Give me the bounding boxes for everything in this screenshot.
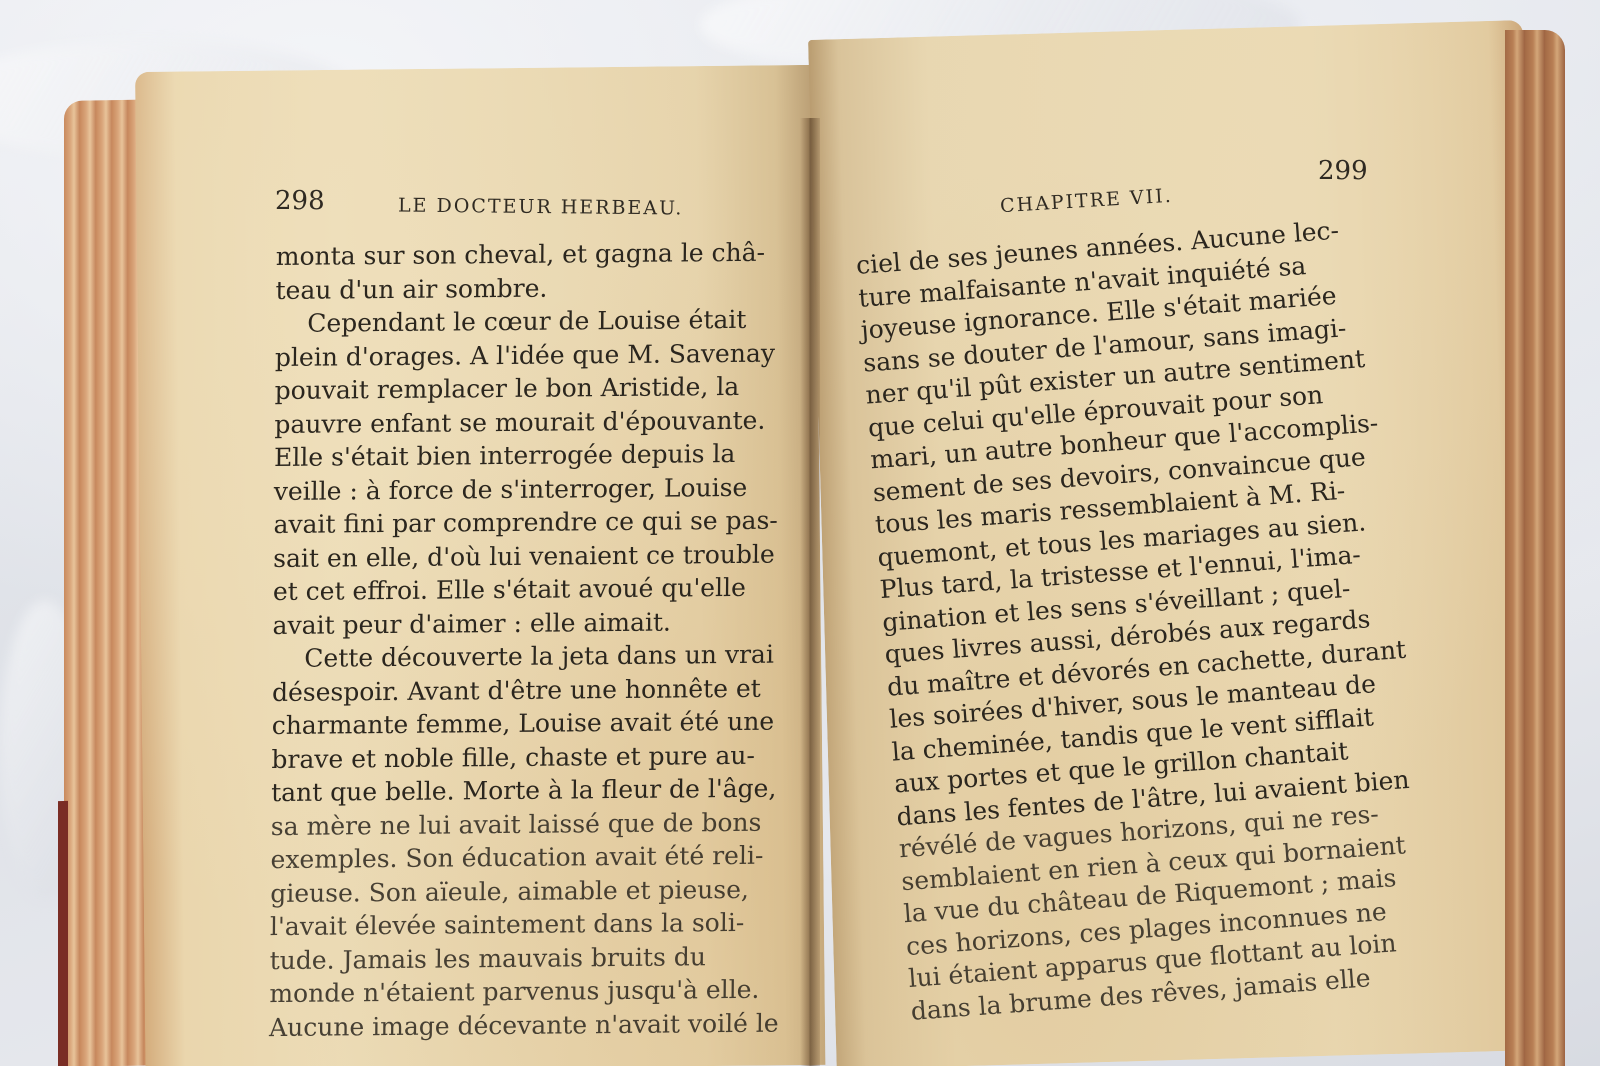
text-line: plein d'orages. A l'idée que M. Savenay xyxy=(275,336,785,374)
text-line: pouvait remplacer le bon Aristide, la xyxy=(275,370,785,408)
left-page-body: monta sur son cheval, et gagna le châ- t… xyxy=(269,236,786,1045)
text-line: Elle s'était bien interrogée depuis la xyxy=(274,437,784,475)
text-line: pauvre enfant se mourait d'épouvante. xyxy=(274,403,784,441)
text-line: avait fini par comprendre ce qui se pas- xyxy=(273,504,783,542)
text-line: veille : à force de s'interroger, Louise xyxy=(274,470,784,508)
text-line: charmante femme, Louise avait été une xyxy=(272,705,782,743)
right-page-number: 299 xyxy=(1318,156,1368,186)
text-line: avait peur d'aimer : elle aimait. xyxy=(272,604,782,642)
book-gutter xyxy=(800,118,820,1066)
text-line: Cette découverte la jeta dans un vrai xyxy=(272,638,782,676)
left-running-head: LE DOCTEUR HERBEAU. xyxy=(398,195,684,220)
text-line: monta sur son cheval, et gagna le châ- xyxy=(276,236,786,274)
text-line: teau d'un air sombre. xyxy=(275,269,785,307)
right-page-body: ciel de ses jeunes années. Aucune lec- t… xyxy=(855,212,1431,1028)
text-line: Cependant le cœur de Louise était xyxy=(275,303,785,341)
text-line: tant que belle. Morte à la fleur de l'âg… xyxy=(271,772,781,810)
text-line: désespoir. Avant d'être une honnête et xyxy=(272,671,782,709)
text-line: sait en elle, d'où lui venaient ce troub… xyxy=(273,537,783,575)
text-line: monde n'étaient parvenus jusqu'à elle. xyxy=(269,973,779,1011)
text-line: brave et noble fille, chaste et pure au- xyxy=(271,738,781,776)
text-line: tude. Jamais les mauvais bruits du xyxy=(270,939,780,977)
text-line: l'avait élevée saintement dans la soli- xyxy=(270,906,780,944)
left-page-number: 298 xyxy=(275,186,325,216)
right-page-stack-edges xyxy=(1505,30,1565,1066)
text-line: Aucune image décevante n'avait voilé le xyxy=(269,1006,779,1044)
text-line: gieuse. Son aïeule, aimable et pieuse, xyxy=(270,872,780,910)
text-line: exemples. Son éducation avait été reli- xyxy=(270,839,780,877)
text-line: et cet effroi. Elle s'était avoué qu'ell… xyxy=(273,571,783,609)
text-line: sa mère ne lui avait laissé que de bons xyxy=(271,805,781,843)
